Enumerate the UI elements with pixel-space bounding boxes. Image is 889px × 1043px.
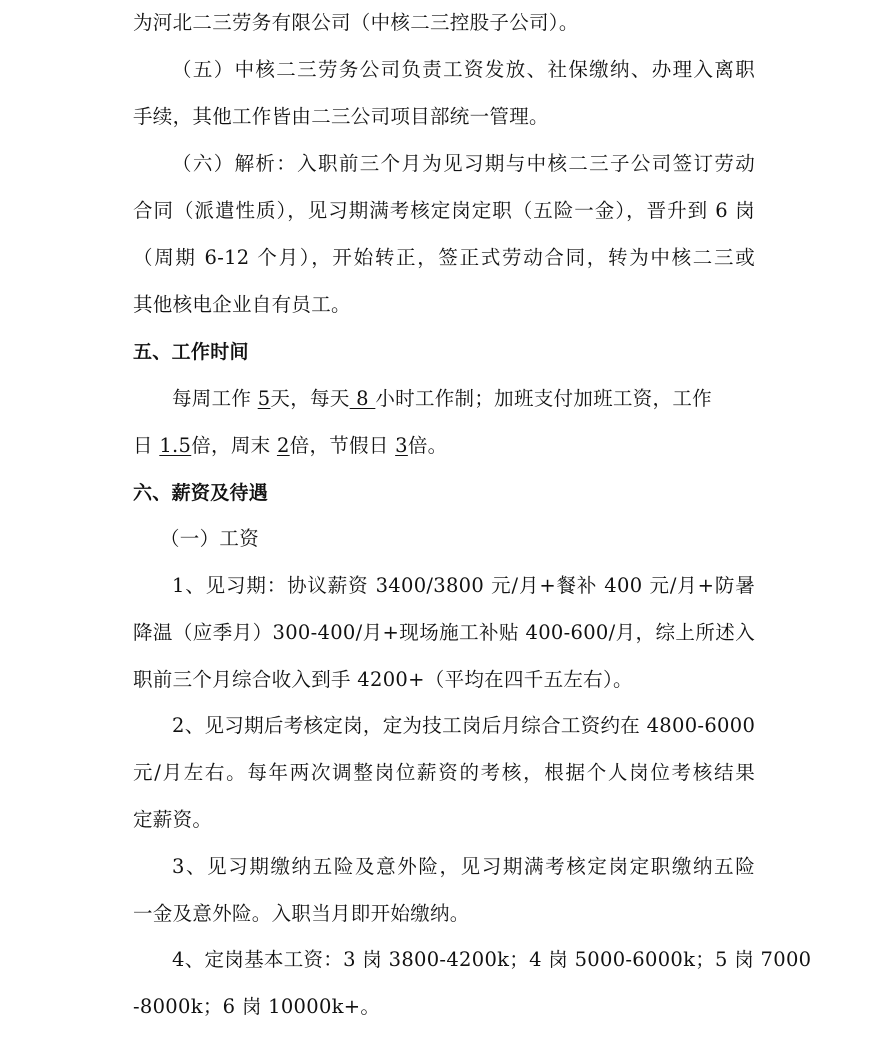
salary-item-line: -8000k；6 岗 10000k+。 xyxy=(133,994,755,1020)
subsection-heading-wage: （一）工资 xyxy=(160,526,782,552)
salary-item-line: 4、定岗基本工资：3 岗 3800-4200k；4 岗 5000-6000k；5… xyxy=(172,947,755,973)
text: 倍。 xyxy=(408,434,448,457)
text: 倍，周末 xyxy=(191,434,277,457)
section-heading-salary: 六、薪资及待遇 xyxy=(133,480,755,506)
text: 日 xyxy=(133,434,159,457)
text: 天，每天 xyxy=(270,387,349,410)
salary-item-line: 降温（应季月）300-400/月+现场施工补贴 400-600/月，综上所述入 xyxy=(133,620,755,646)
weekend-overtime-rate: 2 xyxy=(277,434,290,457)
paragraph-line: 为河北二三劳务有限公司（中核二三控股子公司）。 xyxy=(133,10,755,36)
salary-item-line: 定薪资。 xyxy=(133,807,755,833)
section-heading-work-time: 五、工作时间 xyxy=(133,339,755,365)
salary-item-line: 元/月左右。每年两次调整岗位薪资的考核，根据个人岗位考核结果 xyxy=(133,760,755,786)
text: 小时工作制；加班支付加班工资，工作 xyxy=(375,387,712,410)
workday-overtime-rate: 1.5 xyxy=(159,434,191,457)
text: 倍，节假日 xyxy=(290,434,396,457)
paragraph-line: （六）解析：入职前三个月为见习期与中核二三子公司签订劳动 xyxy=(172,151,755,177)
paragraph-line: 手续，其他工作皆由二三公司项目部统一管理。 xyxy=(133,104,755,130)
work-time-line-2: 日 1.5倍，周末 2倍，节假日 3倍。 xyxy=(133,433,755,459)
hours-per-day-value: 8 xyxy=(350,387,376,410)
paragraph-line: 合同（派遣性质），见习期满考核定岗定职（五险一金），晋升到 6 岗 xyxy=(133,198,755,224)
salary-item-line: 职前三个月综合收入到手 4200+（平均在四千五左右）。 xyxy=(133,667,755,693)
paragraph-line: （五）中核二三劳务公司负责工资发放、社保缴纳、办理入离职 xyxy=(172,57,755,83)
salary-item-line: 一金及意外险。入职当月即开始缴纳。 xyxy=(133,901,755,927)
document-page: 为河北二三劳务有限公司（中核二三控股子公司）。 （五）中核二三劳务公司负责工资发… xyxy=(0,0,889,1043)
days-per-week-value: 5 xyxy=(258,387,271,410)
work-time-line-1: 每周工作 5天，每天 8 小时工作制；加班支付加班工资，工作 xyxy=(172,386,794,412)
holiday-overtime-rate: 3 xyxy=(395,434,408,457)
paragraph-line: （周期 6-12 个月），开始转正，签正式劳动合同，转为中核二三或 xyxy=(133,245,755,271)
salary-item-line: 2、见习期后考核定岗，定为技工岗后月综合工资约在 4800-6000 xyxy=(172,713,755,739)
paragraph-line: 其他核电企业自有员工。 xyxy=(133,292,755,318)
salary-item-line: 1、见习期：协议薪资 3400/3800 元/月+餐补 400 元/月+防暑 xyxy=(172,573,755,599)
text: 每周工作 xyxy=(172,387,258,410)
salary-item-line: 3、见习期缴纳五险及意外险，见习期满考核定岗定职缴纳五险 xyxy=(172,854,755,880)
